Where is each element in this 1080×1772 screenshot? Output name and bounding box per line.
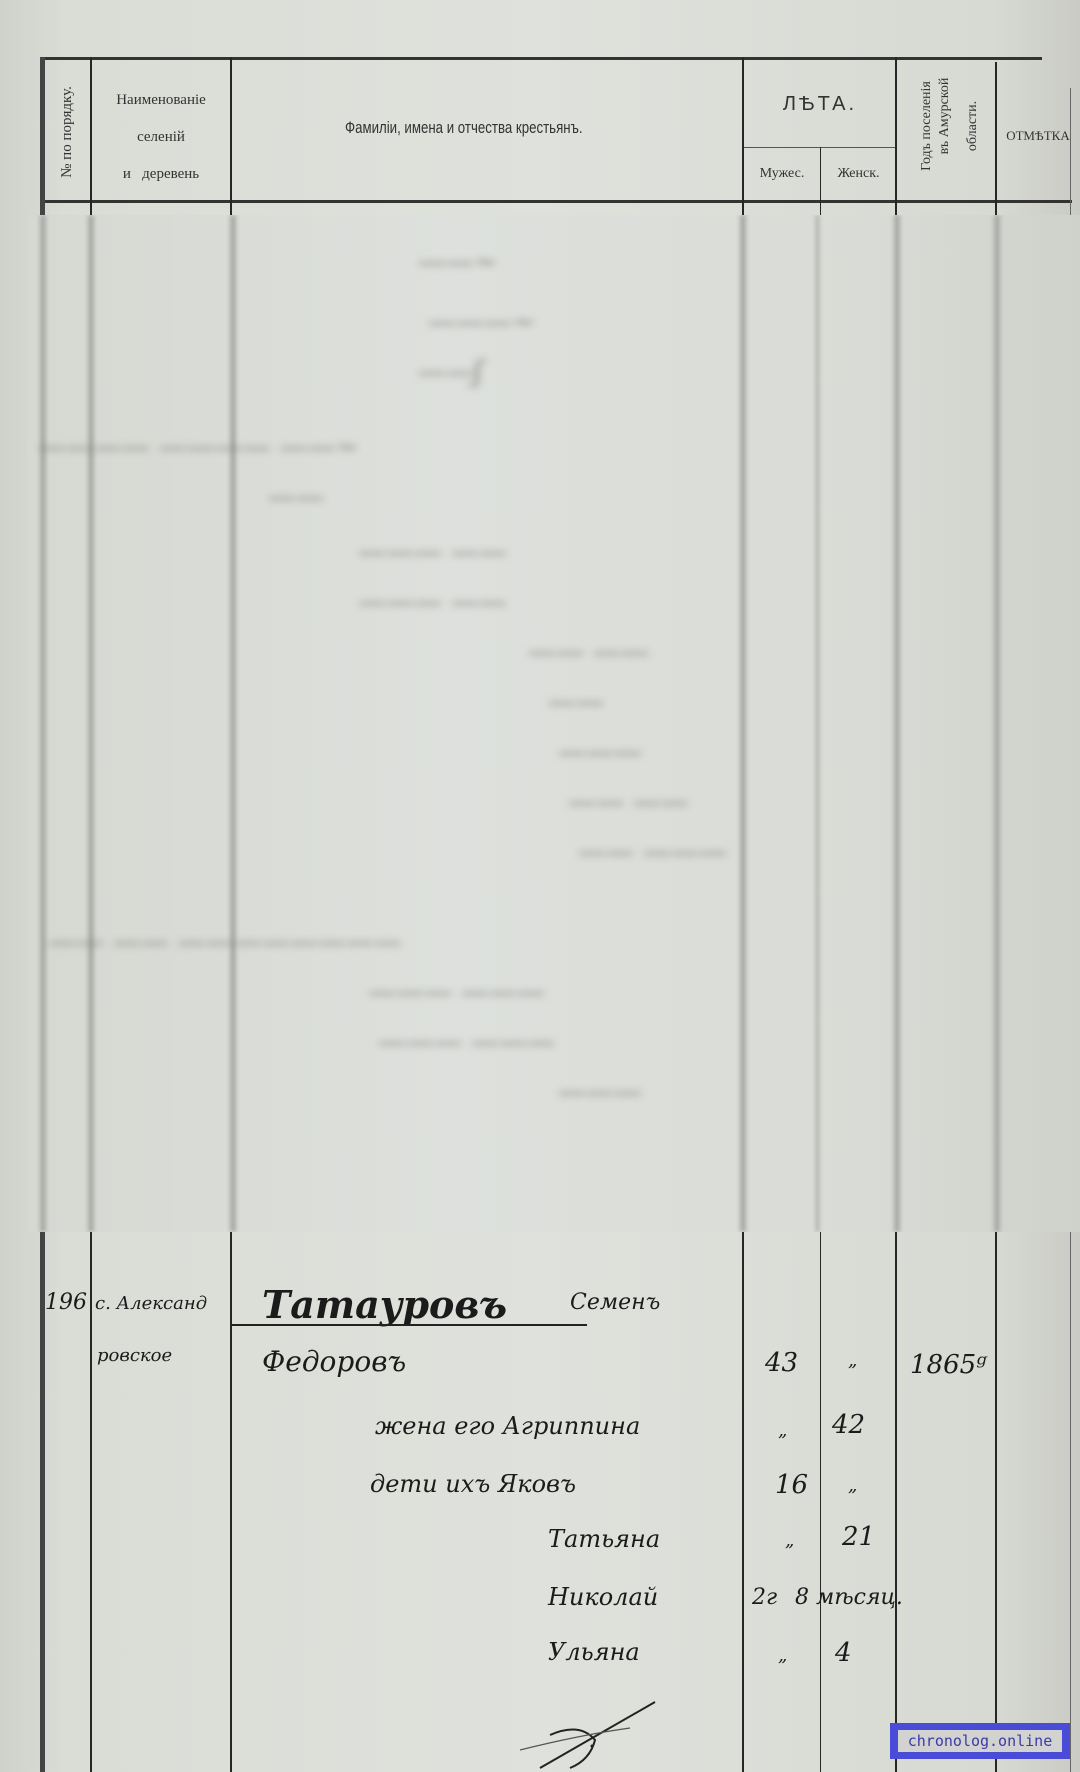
header-settlement: Наименованіе селеній и деревень bbox=[92, 82, 230, 193]
entry-settlement-line1: с. Александ bbox=[95, 1293, 207, 1314]
entry-row-male: 2г bbox=[752, 1585, 777, 1610]
header-top-border bbox=[42, 57, 1042, 60]
entry-row-female: „ bbox=[848, 1475, 857, 1496]
ledger-page: № по порядку. Наименованіе селеній и дер… bbox=[0, 0, 1080, 1772]
redacted-entries: ——~ ———~ ——ʃ ———— ———— ——~ —— ——— —— ———… bbox=[28, 215, 1080, 1232]
watermark: chronolog.online bbox=[890, 1723, 1070, 1759]
header-names: Фамиліи, имена и отчества крестьянъ. bbox=[345, 118, 665, 138]
entry-row-name: Николай bbox=[548, 1583, 658, 1611]
entry-row-male: „ bbox=[785, 1530, 794, 1551]
signature-icon bbox=[480, 1680, 680, 1772]
header-age-male: Мужес. bbox=[744, 166, 820, 182]
entry-row-male: „ bbox=[778, 1420, 787, 1441]
entry-settlement-line2: ровское bbox=[97, 1345, 172, 1366]
entry-row-name: Федоровъ bbox=[262, 1345, 406, 1378]
entry-row-female: „ bbox=[848, 1350, 857, 1371]
header-year: Годъ поселенія въ Амурской области. bbox=[897, 60, 995, 200]
entry-row-name: Семенъ bbox=[570, 1290, 660, 1315]
entry-row-female: 42 bbox=[832, 1410, 865, 1440]
entry-number: 196 bbox=[45, 1290, 87, 1315]
entry-row-female: 21 bbox=[842, 1522, 875, 1552]
header-age-female: Женск. bbox=[822, 166, 895, 182]
header-note: ОТМѢТКА bbox=[998, 128, 1078, 144]
header-age: ЛѢТА. bbox=[744, 93, 896, 116]
header-bottom-border bbox=[42, 200, 1072, 203]
entry-row-male: 16 bbox=[775, 1470, 808, 1500]
entry-row-year: 1865ᵍ bbox=[910, 1350, 987, 1380]
entry-row-female: 8 мѣсяц. bbox=[795, 1585, 903, 1610]
entry-row-name: Татьяна bbox=[548, 1525, 660, 1553]
entry-row-name: жена его Агриппина bbox=[375, 1412, 640, 1440]
entry-row-name: Ульяна bbox=[548, 1638, 640, 1666]
entry-row-male: 43 bbox=[765, 1348, 798, 1378]
entry-row-name: дети ихъ Яковъ bbox=[370, 1470, 576, 1498]
surname-underline bbox=[232, 1324, 587, 1326]
entry-row-male: „ bbox=[778, 1645, 787, 1666]
entry-surname: Татауровъ bbox=[262, 1282, 507, 1327]
entry-row-female: 4 bbox=[835, 1638, 852, 1668]
header-number: № по порядку. bbox=[59, 67, 83, 197]
